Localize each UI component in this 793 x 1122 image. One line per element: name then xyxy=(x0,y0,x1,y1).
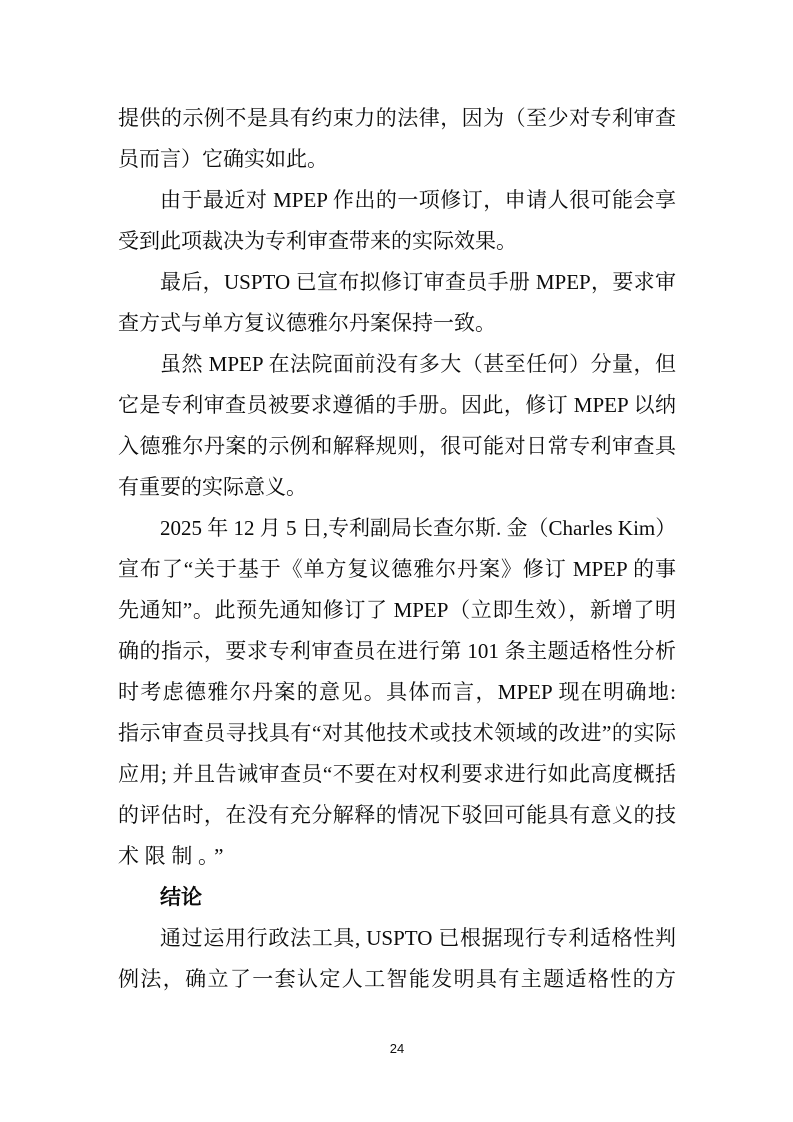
text-block: 提供的示例不是具有约束力的法律，因为（至少对专利审查员而言）它确实如此。由于最近… xyxy=(118,98,676,1000)
text-line: 有重要的实际意义。 xyxy=(118,467,676,508)
text-line: 指示审查员寻找具有“对其他技术或技术领域的改进”的实际 xyxy=(118,713,676,754)
document-page: 提供的示例不是具有约束力的法律，因为（至少对专利审查员而言）它确实如此。由于最近… xyxy=(0,0,793,1122)
text-line: 入德雅尔丹案的示例和解释规则，很可能对日常专利审查具 xyxy=(118,426,676,467)
text-line: 提供的示例不是具有约束力的法律，因为（至少对专利审查 xyxy=(118,98,676,139)
text-line: 术限制。” xyxy=(118,836,676,877)
text-line: 最后，USPTO 已宣布拟修订审查员手册 MPEP，要求审 xyxy=(118,262,676,303)
text-line: 由于最近对 MPEP 作出的一项修订，申请人很可能会享 xyxy=(118,180,676,221)
text-line: 宣布了“关于基于《单方复议德雅尔丹案》修订 MPEP 的事 xyxy=(118,549,676,590)
text-line: 它是专利审查员被要求遵循的手册。因此，修订 MPEP 以纳 xyxy=(118,385,676,426)
text-line: 员而言）它确实如此。 xyxy=(118,139,676,180)
text-line: 受到此项裁决为专利审查带来的实际效果。 xyxy=(118,221,676,262)
text-line: 查方式与单方复议德雅尔丹案保持一致。 xyxy=(118,303,676,344)
text-line: 时考虑德雅尔丹案的意见。具体而言，MPEP 现在明确地: xyxy=(118,672,676,713)
text-line: 虽然 MPEP 在法院面前没有多大（甚至任何）分量，但 xyxy=(118,344,676,385)
page-number: 24 xyxy=(390,1041,404,1056)
page-footer: 24 xyxy=(118,1040,676,1060)
text-line: 先通知”。此预先通知修订了 MPEP（立即生效），新增了明 xyxy=(118,590,676,631)
text-line: 2025 年 12 月 5 日,专利副局长查尔斯. 金（Charles Kim） xyxy=(118,508,676,549)
text-line: 的评估时，在没有充分解释的情况下驳回可能具有意义的技 xyxy=(118,795,676,836)
text-line: 确的指示，要求专利审查员在进行第 101 条主题适格性分析 xyxy=(118,631,676,672)
text-line: 应用; 并且告诫审查员“不要在对权利要求进行如此高度概括 xyxy=(118,754,676,795)
text-line: 通过运用行政法工具, USPTO 已根据现行专利适格性判 xyxy=(118,918,676,959)
section-heading: 结论 xyxy=(118,877,676,918)
text-line: 例法，确立了一套认定人工智能发明具有主题适格性的方 xyxy=(118,959,676,1000)
